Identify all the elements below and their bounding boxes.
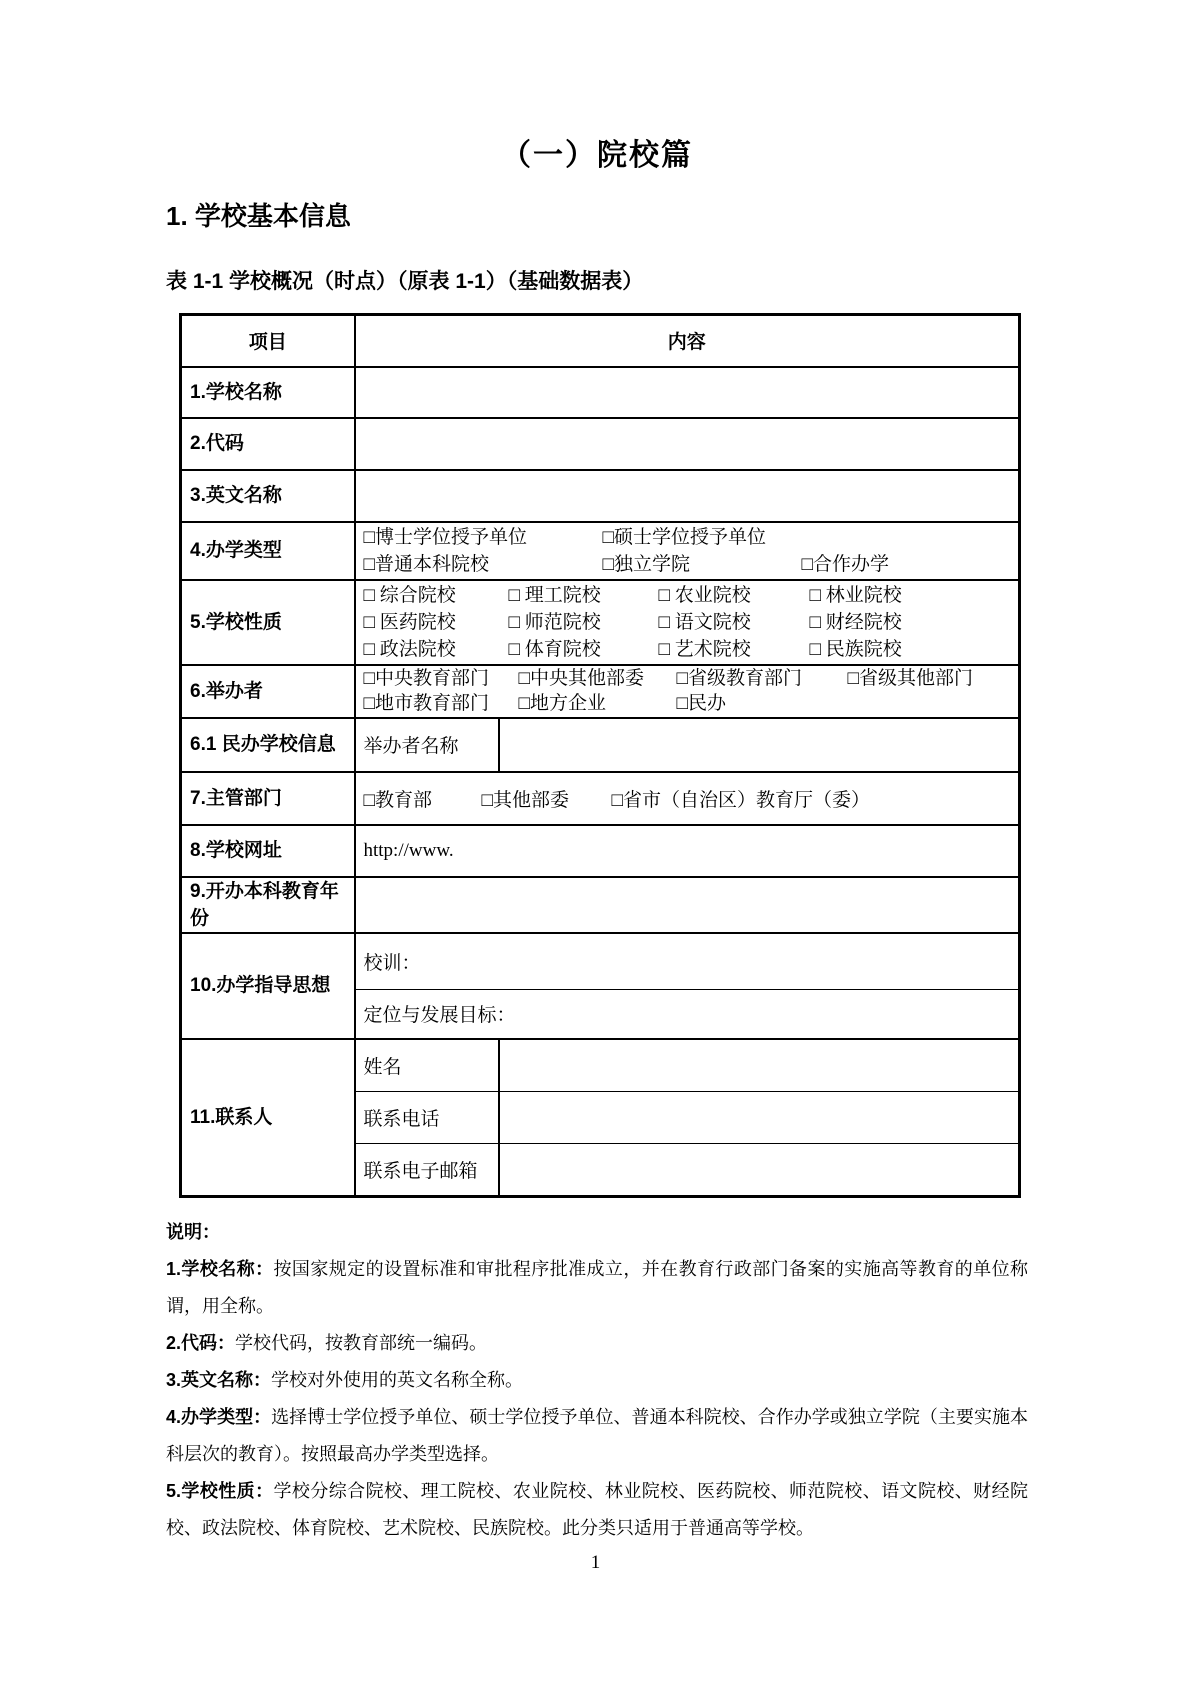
contact-phone-sublabel: 联系电话 [355, 1092, 499, 1144]
school-type-options-cell: □博士学位授予单位 □硕士学位授予单位 □普通本科院校 □独立学院 □合作办学 [355, 522, 1020, 580]
note-term: 4.办学类型： [166, 1407, 271, 1427]
school-overview-table: 项目 内容 1.学校名称 2.代码 3.英文名称 4.办学类型 □博士学位授予单… [179, 313, 1021, 1198]
checkbox-option: □独立学院 [603, 551, 802, 578]
checkbox-option: □ 体育院校 [509, 636, 659, 663]
contact-email-value-cell [499, 1144, 1020, 1197]
row-label-school-nature: 5.学校性质 [181, 580, 355, 665]
school-type-options-line1: □博士学位授予单位 □硕士学位授予单位 [364, 524, 1011, 551]
code-value-cell [355, 418, 1020, 470]
school-nature-options-cell: □ 综合院校 □ 理工院校 □ 农业院校 □ 林业院校 □ 医药院校 □ 师范院… [355, 580, 1020, 665]
note-text: 学校代码，按教育部统一编码。 [235, 1333, 487, 1353]
checkbox-option: □ 师范院校 [509, 609, 659, 636]
checkbox-option: □ 民族院校 [810, 636, 1011, 663]
note-item: 5.学校性质：学校分综合院校、理工院校、农业院校、林业院校、医药院校、师范院校、… [166, 1473, 1028, 1547]
organizer-name-sublabel: 举办者名称 [355, 718, 499, 772]
checkbox-option: □普通本科院校 [364, 551, 603, 578]
motto-cell: 校训： [355, 933, 1020, 990]
contact-email-sublabel: 联系电子邮箱 [355, 1144, 499, 1197]
note-item: 4.办学类型：选择博士学位授予单位、硕士学位授予单位、普通本科院校、合作办学或独… [166, 1399, 1028, 1473]
table-row-english-name: 3.英文名称 [181, 470, 1020, 522]
table-row-supervising-department: 7.主管部门 □教育部 □其他部委 □省市（自治区）教育厅（委） [181, 772, 1020, 825]
row-label-code: 2.代码 [181, 418, 355, 470]
row-label-organizer: 6.举办者 [181, 665, 355, 718]
english-name-value-cell [355, 470, 1020, 522]
header-item: 项目 [181, 315, 355, 367]
checkbox-option: □硕士学位授予单位 [603, 524, 802, 551]
notes-section: 说明： 1.学校名称：按国家规定的设置标准和审批程序批准成立，并在教育行政部门备… [166, 1214, 1028, 1547]
table-header-row: 项目 内容 [181, 315, 1020, 367]
row-label-undergrad-start-year: 9.开办本科教育年份 [181, 877, 355, 933]
table-row-contact-name: 11.联系人 姓名 [181, 1039, 1020, 1092]
checkbox-option: □省市（自治区）教育厅（委） [612, 785, 1011, 812]
checkbox-option: □民办 [677, 691, 848, 716]
table-row-organizer: 6.举办者 □中央教育部门 □中央其他部委 □省级教育部门 □省级其他部门 □地… [181, 665, 1020, 718]
checkbox-option: □地市教育部门 [364, 691, 519, 716]
note-text: 学校分综合院校、理工院校、农业院校、林业院校、医药院校、师范院校、语文院校、财经… [166, 1481, 1028, 1538]
checkbox-option: □省级教育部门 [677, 666, 848, 691]
checkbox-option: □教育部 [364, 785, 482, 812]
checkbox-option: □ 语文院校 [659, 609, 810, 636]
checkbox-option: □中央教育部门 [364, 666, 519, 691]
page-number: 1 [0, 1552, 1191, 1574]
school-type-options-line2: □普通本科院校 □独立学院 □合作办学 [364, 551, 1011, 578]
school-nature-options-line3: □ 政法院校 □ 体育院校 □ 艺术院校 □ 民族院校 [364, 636, 1011, 663]
row-label-school-type: 4.办学类型 [181, 522, 355, 580]
contact-name-value-cell [499, 1039, 1020, 1092]
checkbox-option: □ 政法院校 [364, 636, 509, 663]
checkbox-option: □ 林业院校 [810, 582, 1011, 609]
contact-name-sublabel: 姓名 [355, 1039, 499, 1092]
table-row-school-type: 4.办学类型 □博士学位授予单位 □硕士学位授予单位 □普通本科院校 □独立学院… [181, 522, 1020, 580]
checkbox-option: □ 财经院校 [810, 609, 1011, 636]
row-label-english-name: 3.英文名称 [181, 470, 355, 522]
row-label-website: 8.学校网址 [181, 825, 355, 877]
note-item: 1.学校名称：按国家规定的设置标准和审批程序批准成立，并在教育行政部门备案的实施… [166, 1251, 1028, 1325]
row-label-school-name: 1.学校名称 [181, 367, 355, 418]
row-label-supervising-department: 7.主管部门 [181, 772, 355, 825]
header-content: 内容 [355, 315, 1020, 367]
note-text: 学校对外使用的英文名称全称。 [271, 1370, 523, 1390]
contact-phone-value-cell [499, 1092, 1020, 1144]
note-item: 3.英文名称：学校对外使用的英文名称全称。 [166, 1362, 1028, 1399]
undergrad-start-year-value-cell [355, 877, 1020, 933]
checkbox-option: □ 医药院校 [364, 609, 509, 636]
position-development-goals-cell: 定位与发展目标： [355, 990, 1020, 1039]
note-text: 选择博士学位授予单位、硕士学位授予单位、普通本科院校、合作办学或独立学院（主要实… [166, 1407, 1028, 1464]
school-nature-options-line1: □ 综合院校 □ 理工院校 □ 农业院校 □ 林业院校 [364, 582, 1011, 609]
organizer-options-cell: □中央教育部门 □中央其他部委 □省级教育部门 □省级其他部门 □地市教育部门 … [355, 665, 1020, 718]
note-term: 1.学校名称： [166, 1259, 274, 1279]
checkbox-option: □中央其他部委 [519, 666, 677, 691]
table-row-guiding-ideology-motto: 10.办学指导思想 校训： [181, 933, 1020, 990]
table-row-website: 8.学校网址 http://www. [181, 825, 1020, 877]
supervising-department-options: □教育部 □其他部委 □省市（自治区）教育厅（委） [364, 785, 1011, 812]
row-label-contact-person: 11.联系人 [181, 1039, 355, 1197]
checkbox-option: □博士学位授予单位 [364, 524, 603, 551]
website-value-cell: http://www. [355, 825, 1020, 877]
row-label-guiding-ideology: 10.办学指导思想 [181, 933, 355, 1039]
school-nature-options-line2: □ 医药院校 □ 师范院校 □ 语文院校 □ 财经院校 [364, 609, 1011, 636]
notes-heading: 说明： [166, 1214, 1028, 1251]
organizer-options-line1: □中央教育部门 □中央其他部委 □省级教育部门 □省级其他部门 [364, 666, 1011, 691]
organizer-name-value-cell [499, 718, 1020, 772]
checkbox-option: □ 农业院校 [659, 582, 810, 609]
note-term: 3.英文名称： [166, 1370, 271, 1390]
table-row-code: 2.代码 [181, 418, 1020, 470]
note-term: 2.代码： [166, 1333, 235, 1353]
checkbox-option: □ 艺术院校 [659, 636, 810, 663]
supervising-department-options-cell: □教育部 □其他部委 □省市（自治区）教育厅（委） [355, 772, 1020, 825]
note-term: 5.学校性质： [166, 1481, 274, 1501]
checkbox-option: □地方企业 [519, 691, 677, 716]
table-row-private-school-info: 6.1 民办学校信息 举办者名称 [181, 718, 1020, 772]
checkbox-option: □省级其他部门 [848, 666, 1011, 691]
checkbox-option: □ 综合院校 [364, 582, 509, 609]
table-row-school-nature: 5.学校性质 □ 综合院校 □ 理工院校 □ 农业院校 □ 林业院校 □ 医药院… [181, 580, 1020, 665]
note-text: 按国家规定的设置标准和审批程序批准成立，并在教育行政部门备案的实施高等教育的单位… [166, 1259, 1028, 1316]
organizer-options-line2: □地市教育部门 □地方企业 □民办 [364, 691, 1011, 716]
school-name-value-cell [355, 367, 1020, 418]
checkbox-option: □合作办学 [802, 551, 1011, 578]
table-row-undergrad-start-year: 9.开办本科教育年份 [181, 877, 1020, 933]
table-row-school-name: 1.学校名称 [181, 367, 1020, 418]
checkbox-option: □其他部委 [482, 785, 612, 812]
table-caption: 表 1-1 学校概况（时点）（原表 1-1）（基础数据表） [166, 265, 1028, 295]
checkbox-option: □ 理工院校 [509, 582, 659, 609]
row-label-private-school-info: 6.1 民办学校信息 [181, 718, 355, 772]
document-title: （一）院校篇 [166, 130, 1028, 174]
note-item: 2.代码：学校代码，按教育部统一编码。 [166, 1325, 1028, 1362]
section-heading: 1. 学校基本信息 [166, 196, 1028, 233]
document-page: （一）院校篇 1. 学校基本信息 表 1-1 学校概况（时点）（原表 1-1）（… [0, 0, 1191, 1684]
